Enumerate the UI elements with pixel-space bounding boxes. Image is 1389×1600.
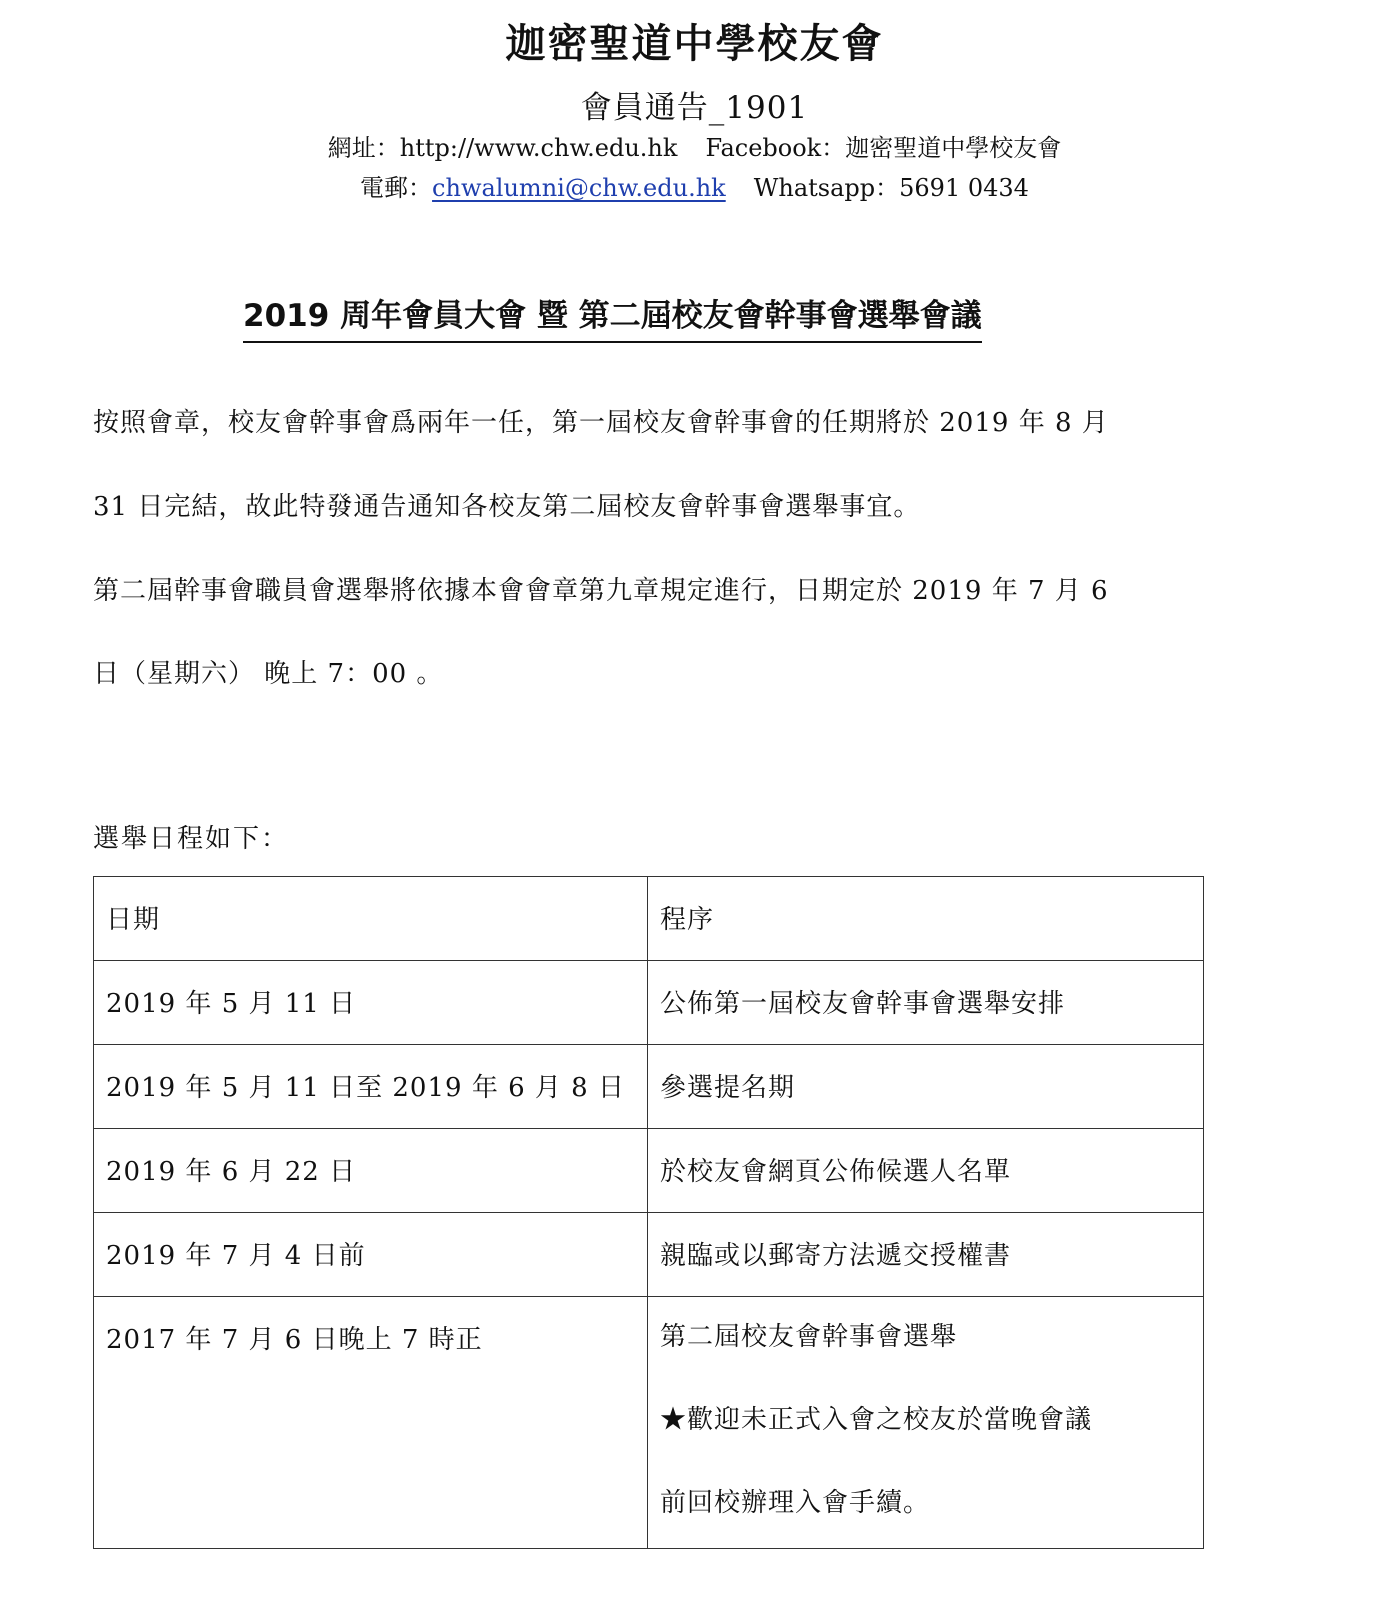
row-procedure: 於校友會網頁公佈候選人名單 [648,1129,1204,1213]
row-date: 2019 年 7 月 4 日前 [94,1213,648,1297]
meeting-title: 2019 周年會員大會 暨 第二屆校友會幹事會選舉會議 [243,290,982,343]
body-paragraph-1-line-2: 31 日完結，故此特發通告通知各校友第二屆校友會幹事會選舉事宜。 [93,486,920,523]
procedure-note-line: 前回校辦理入會手續。 [660,1485,1189,1521]
notice-number: 會員通告_1901 [0,82,1389,127]
table-row: 2017 年 7 月 6 日晚上 7 時正 第二屆校友會幹事會選舉 ★歡迎未正式… [94,1297,1204,1549]
organization-title: 迦密聖道中學校友會 [0,12,1389,69]
body-paragraph-2-line-1: 第二屆幹事會職員會選舉將依據本會會章第九章規定進行，日期定於 2019 年 7 … [93,570,1109,607]
website-link[interactable]: http://www.chw.edu.hk [400,134,678,162]
table-row: 2019 年 6 月 22 日 於校友會網頁公佈候選人名單 [94,1129,1204,1213]
table-header-row: 日期 程序 [94,877,1204,961]
schedule-label: 選舉日程如下： [93,818,289,855]
row-procedure: 親臨或以郵寄方法遞交授權書 [648,1213,1204,1297]
table-row: 2019 年 5 月 11 日 公佈第一屆校友會幹事會選舉安排 [94,961,1204,1045]
row-procedure: 參選提名期 [648,1045,1204,1129]
row-date: 2019 年 6 月 22 日 [94,1129,648,1213]
contact-line-web: 網址：http://www.chw.edu.hkFacebook：迦密聖道中學校… [0,128,1389,163]
whatsapp-number: 5691 0434 [899,174,1029,202]
facebook-label: Facebook： [705,134,845,162]
header-date: 日期 [94,877,648,961]
procedure-note-line: ★歡迎未正式入會之校友於當晚會議 [660,1402,1189,1438]
email-label: 電郵： [360,174,432,202]
email-link[interactable]: chwalumni@chw.edu.hk [432,174,726,202]
row-procedure: 第二屆校友會幹事會選舉 ★歡迎未正式入會之校友於當晚會議 前回校辦理入會手續。 [648,1297,1204,1549]
whatsapp-label: Whatsapp： [754,174,899,202]
table-row: 2019 年 7 月 4 日前 親臨或以郵寄方法遞交授權書 [94,1213,1204,1297]
row-date: 2019 年 5 月 11 日至 2019 年 6 月 8 日 [94,1045,648,1129]
table-row: 2019 年 5 月 11 日至 2019 年 6 月 8 日 參選提名期 [94,1045,1204,1129]
schedule-table: 日期 程序 2019 年 5 月 11 日 公佈第一屆校友會幹事會選舉安排 20… [93,876,1204,1549]
row-date: 2017 年 7 月 6 日晚上 7 時正 [94,1297,648,1549]
procedure-line: 第二屆校友會幹事會選舉 [660,1319,1189,1355]
body-paragraph-2-line-2: 日（星期六） 晚上 7：00 。 [93,653,443,690]
row-date: 2019 年 5 月 11 日 [94,961,648,1045]
body-paragraph-1-line-1: 按照會章，校友會幹事會爲兩年一任，第一屆校友會幹事會的任期將於 2019 年 8… [93,402,1109,439]
row-procedure: 公佈第一屆校友會幹事會選舉安排 [648,961,1204,1045]
website-label: 網址： [328,134,400,162]
header-procedure: 程序 [648,877,1204,961]
contact-line-email: 電郵：chwalumni@chw.edu.hkWhatsapp：5691 043… [0,168,1389,203]
facebook-name: 迦密聖道中學校友會 [845,134,1061,162]
